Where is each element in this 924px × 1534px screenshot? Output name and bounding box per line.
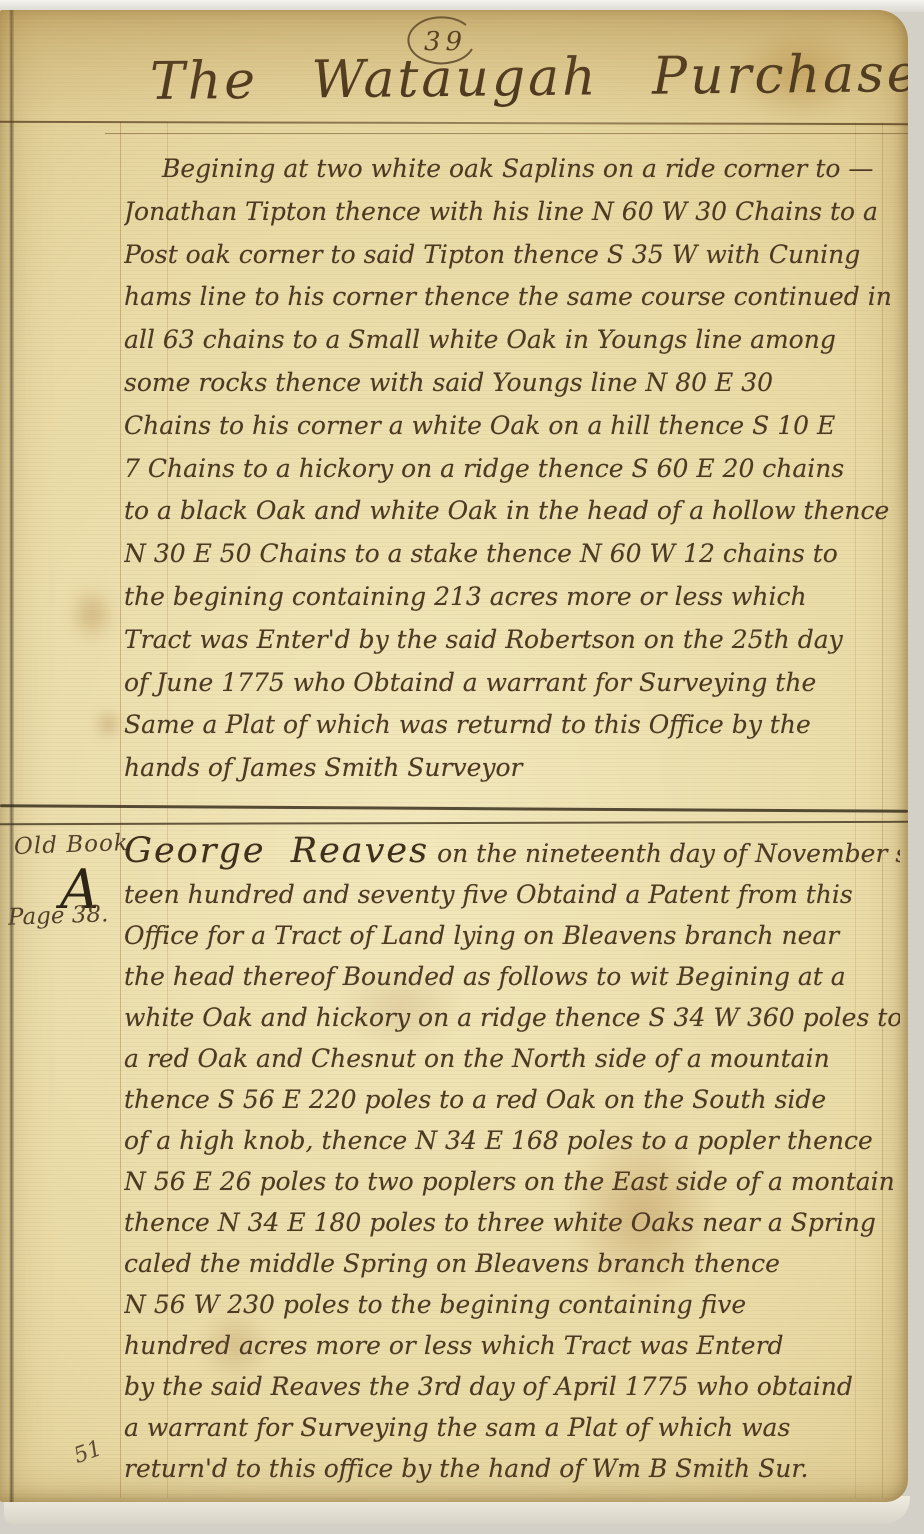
manuscript-page: 39 The Wataugah Purchase Begining at two… (0, 10, 908, 1502)
paper-stain (94, 710, 122, 738)
manuscript-line: by the said Reaves the 3rd day of April … (124, 1366, 900, 1407)
manuscript-line: N 56 E 26 poles to two poplers on the Ea… (124, 1161, 900, 1202)
manuscript-line: a red Oak and Chesnut on the North side … (124, 1038, 900, 1079)
manuscript-line: hams line to his corner thence the same … (124, 276, 894, 319)
manuscript-line: Begining at two white oak Saplins on a r… (124, 148, 894, 191)
manuscript-line: Tract was Enter'd by the said Robertson … (124, 619, 894, 662)
title-rule-thin (105, 133, 908, 134)
manuscript-line: return'd to this office by the hand of W… (124, 1448, 900, 1489)
manuscript-line: Chains to his corner a white Oak on a hi… (124, 405, 894, 448)
paper-stain (68, 585, 116, 643)
manuscript-line: N 30 E 50 Chains to a stake thence N 60 … (124, 533, 894, 576)
manuscript-line: of June 1775 who Obtaind a warrant for S… (124, 662, 894, 705)
manuscript-line: to a black Oak and white Oak in the head… (124, 490, 894, 533)
manuscript-line: of a high knob, thence N 34 E 168 poles … (124, 1120, 900, 1161)
margin-rule-left-1 (120, 122, 121, 1498)
title-rule (0, 121, 908, 125)
manuscript-line: a warrant for Surveying the sam a Plat o… (124, 1407, 900, 1448)
deed-entry-2-lines: teen hundred and seventy five Obtaind a … (124, 874, 900, 1489)
margin-note-old-book: Old Book (14, 830, 130, 860)
manuscript-line: some rocks thence with said Youngs line … (124, 362, 894, 405)
entry-divider (0, 804, 908, 813)
manuscript-line: all 63 chains to a Small white Oak in Yo… (124, 319, 894, 362)
manuscript-line: Post oak corner to said Tipton thence S … (124, 234, 894, 277)
manuscript-line: Office for a Tract of Land lying on Blea… (124, 915, 900, 956)
manuscript-line: N 56 W 230 poles to the begining contain… (124, 1284, 900, 1325)
manuscript-line: teen hundred and seventy five Obtaind a … (124, 874, 900, 915)
binding-gutter-line (9, 10, 14, 1502)
manuscript-line: hundred acres more or less which Tract w… (124, 1325, 900, 1366)
manuscript-line: the head thereof Bounded as follows to w… (124, 956, 900, 997)
manuscript-line: thence S 56 E 220 poles to a red Oak on … (124, 1079, 900, 1120)
manuscript-line: caled the middle Spring on Bleavens bran… (124, 1243, 900, 1284)
manuscript-line: white Oak and hickory on a ridge thence … (124, 997, 900, 1038)
grantee-name: George Reaves (124, 831, 429, 871)
manuscript-line: Same a Plat of which was returnd to this… (124, 704, 894, 747)
deed-entry-robertson: Begining at two white oak Saplins on a r… (124, 148, 894, 790)
page-title: The Wataugah Purchase (150, 44, 908, 112)
manuscript-line: Jonathan Tipton thence with his line N 6… (124, 191, 894, 234)
deed-entry-reaves: George Reaves on the nineteenth day of N… (124, 828, 900, 1489)
deed-entry-1-lines: Begining at two white oak Saplins on a r… (124, 148, 894, 790)
manuscript-line: the begining containing 213 acres more o… (124, 576, 894, 619)
entry-divider-thin (0, 821, 908, 825)
margin-note-page-ref: Page 38. (8, 901, 109, 930)
manuscript-line: 7 Chains to a hickory on a ridge thence … (124, 448, 894, 491)
manuscript-line-text: on the nineteenth day of November seven (437, 839, 900, 868)
folio-note: 51 (71, 1436, 106, 1469)
manuscript-line: hands of James Smith Surveyor (124, 747, 894, 790)
manuscript-line: George Reaves on the nineteenth day of N… (124, 828, 900, 874)
manuscript-line: thence N 34 E 180 poles to three white O… (124, 1202, 900, 1243)
